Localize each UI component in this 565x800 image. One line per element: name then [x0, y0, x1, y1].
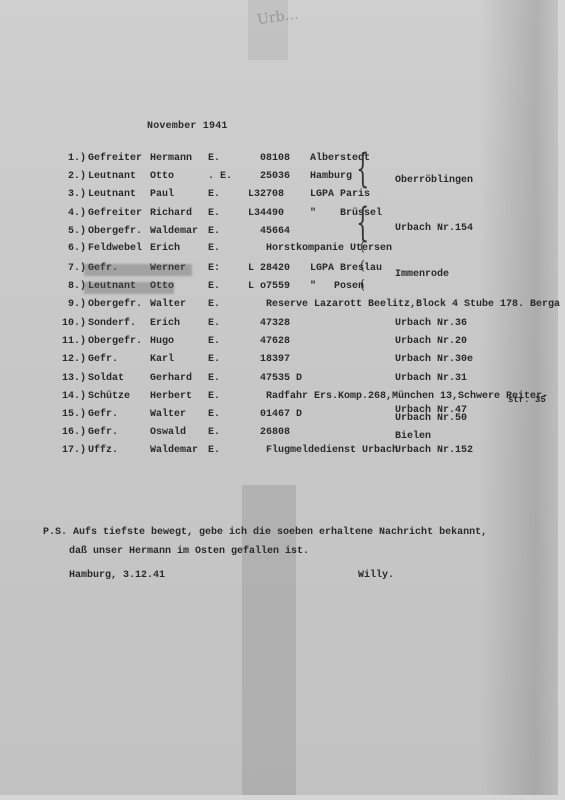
entry-name: Walter	[150, 299, 186, 310]
entry-num: 10.)	[56, 318, 86, 329]
entry-row: 16.)Gefr.OswaldE.26808	[56, 427, 556, 443]
entry-initial: E.	[208, 391, 220, 402]
entry-initial: E.	[208, 226, 220, 237]
entry-value: 25036	[260, 171, 290, 182]
entry-num: 9.)	[56, 299, 86, 310]
entry-value: Horstkompanie Utersen	[266, 243, 392, 254]
entry-num: 7.)	[56, 263, 86, 274]
entry-num: 16.)	[56, 427, 86, 438]
entry-name: Paul	[150, 189, 174, 200]
entry-rank: Schütze	[88, 391, 130, 402]
entry-name: Erich	[150, 243, 180, 254]
entry-row: 13.)SoldatGerhardE.47535 D	[56, 373, 556, 389]
entry-rank: Obergefr.	[88, 336, 142, 347]
ps-line-1: P.S. Aufs tiefste bewegt, gebe ich die s…	[43, 527, 487, 538]
entry-row: 4.)GefreiterRichardE.L34490" Brüssel	[56, 208, 556, 224]
entry-initial: E.	[208, 336, 220, 347]
entry-home: Urbach Nr.154	[395, 223, 473, 234]
date-heading: November 1941	[147, 121, 228, 132]
entry-value: 08108	[260, 153, 290, 164]
entry-home: Urbach Nr.30e	[395, 354, 473, 365]
entry-value: L32708	[248, 189, 284, 200]
extra-home-line: Urbach Nr.50	[395, 413, 467, 424]
entry-num: 2.)	[56, 171, 86, 182]
entry-home: str. 35	[508, 395, 546, 405]
entry-rank: Feldwebel	[88, 243, 142, 254]
entry-initial: E.	[208, 243, 220, 254]
entry-value: 01467 D	[260, 409, 302, 420]
entry-value: 47328	[260, 318, 290, 329]
entry-num: 6.)	[56, 243, 86, 254]
entry-name: Otto	[150, 171, 174, 182]
entry-initial: E.	[208, 281, 220, 292]
entry-row: 2.)LeutnantOtto. E.25036Hamburg	[56, 171, 556, 187]
entry-row: 5.)Obergefr.WaldemarE.45664	[56, 226, 556, 242]
entry-rank: Leutnant	[88, 171, 136, 182]
entry-row: 10.)Sonderf.ErichE.47328	[56, 318, 556, 334]
paren-8: (	[359, 278, 366, 292]
entry-name: Erich	[150, 318, 180, 329]
entry-initial: E.	[208, 299, 220, 310]
entry-row: 1.)GefreiterHermannE.08108Alberstedt	[56, 153, 556, 169]
entry-rank: Soldat	[88, 373, 124, 384]
redaction-smudge	[84, 264, 192, 276]
entry-value: L 28420	[248, 263, 290, 274]
ps-line-2: daß unser Hermann im Osten gefallen ist.	[69, 546, 309, 557]
entry-name: Waldemar	[150, 226, 198, 237]
entry-name: Hugo	[150, 336, 174, 347]
redaction-smudge	[84, 282, 174, 294]
entry-initial: . E.	[208, 171, 232, 182]
entry-initial: E.	[208, 208, 220, 219]
entry-row: 3.)LeutnantPaulE.L32708LGPA Paris	[56, 189, 556, 205]
entry-home: Bielen	[395, 431, 431, 442]
entry-name: Waldemar	[150, 445, 198, 456]
entry-name: Oswald	[150, 427, 186, 438]
entry-rank: Uffz.	[88, 445, 118, 456]
entry-location: " Brüssel	[310, 208, 382, 219]
entry-row: 12.)Gefr.KarlE.18397	[56, 354, 556, 370]
entry-row: 9.)Obergefr.WalterE.Reserve Lazarott Bee…	[56, 299, 556, 315]
entry-row: 17.)Uffz.WaldemarE.Flugmeldedienst Urbac…	[56, 445, 556, 461]
entry-num: 14.)	[56, 391, 86, 402]
signature: Willy.	[358, 570, 394, 581]
entry-rank: Leutnant	[88, 189, 136, 200]
entry-num: 1.)	[56, 153, 86, 164]
entry-location: " Posen	[310, 281, 364, 292]
entry-initial: E:	[208, 263, 220, 274]
entry-num: 8.)	[56, 281, 86, 292]
entry-location: LGPA Breslau	[310, 263, 382, 274]
place-date: Hamburg, 3.12.41	[69, 570, 165, 581]
paren-7: (	[359, 259, 366, 273]
entry-num: 13.)	[56, 373, 86, 384]
entry-rank: Gefr.	[88, 427, 118, 438]
entry-rank: Sonderf.	[88, 318, 136, 329]
entry-rank: Obergefr.	[88, 299, 142, 310]
entry-rank: Obergefr.	[88, 226, 142, 237]
entry-row: 15.)Gefr.WalterE.01467 D	[56, 409, 556, 425]
entry-name: Herbert	[150, 391, 192, 402]
entry-home: Urbach Nr.20	[395, 336, 467, 347]
entry-rank: Gefreiter	[88, 208, 142, 219]
entry-initial: E.	[208, 373, 220, 384]
entry-value: 18397	[260, 354, 290, 365]
entry-name: Richard	[150, 208, 192, 219]
entry-value: 45664	[260, 226, 290, 237]
entry-home: Urbach Nr.152	[395, 445, 473, 456]
entry-value: 47628	[260, 336, 290, 347]
entry-home: Urbach Nr.36	[395, 318, 467, 329]
entry-home: Oberröblingen	[395, 175, 473, 186]
entry-initial: E.	[208, 354, 220, 365]
entry-initial: E.	[208, 153, 220, 164]
brace-group-1: {	[356, 146, 369, 192]
entry-num: 3.)	[56, 189, 86, 200]
entry-value: L o7559	[248, 281, 290, 292]
entry-value: Reserve Lazarott Beelitz,Block 4 Stube 1…	[266, 299, 560, 310]
entry-num: 11.)	[56, 336, 86, 347]
entry-num: 4.)	[56, 208, 86, 219]
entry-home: Urbach Nr.31	[395, 373, 467, 384]
entry-rank: Gefr.	[88, 354, 118, 365]
entry-num: 15.)	[56, 409, 86, 420]
entry-name: Walter	[150, 409, 186, 420]
entry-initial: E.	[208, 445, 220, 456]
entry-row: 14.)SchützeHerbertE.Radfahr Ers.Komp.268…	[56, 391, 556, 407]
paren-6: (	[359, 240, 366, 254]
entry-home: Immenrode	[395, 269, 449, 280]
entry-name: Hermann	[150, 153, 192, 164]
entry-num: 17.)	[56, 445, 86, 456]
entry-name: Karl	[150, 354, 174, 365]
entry-rank: Gefreiter	[88, 153, 142, 164]
entry-num: 5.)	[56, 226, 86, 237]
entry-value: 47535 D	[260, 373, 302, 384]
entry-value: Radfahr Ers.Komp.268,München 13,Schwere …	[266, 391, 548, 402]
entry-initial: E.	[208, 427, 220, 438]
entry-num: 12.)	[56, 354, 86, 365]
entry-initial: E.	[208, 318, 220, 329]
entry-value: 26808	[260, 427, 290, 438]
entry-value: Flugmeldedienst Urbach	[266, 445, 398, 456]
entry-initial: E.	[208, 189, 220, 200]
entry-row: 11.)Obergefr.HugoE.47628	[56, 336, 556, 352]
entry-initial: E.	[208, 409, 220, 420]
entry-value: L34490	[248, 208, 284, 219]
entry-name: Gerhard	[150, 373, 192, 384]
entry-location: Hamburg	[310, 171, 352, 182]
entry-rank: Gefr.	[88, 409, 118, 420]
scanned-page: Urb… November 1941 1.)GefreiterHermannE.…	[0, 0, 558, 795]
entry-row: 6.)FeldwebelErichE.Horstkompanie Utersen	[56, 243, 556, 259]
